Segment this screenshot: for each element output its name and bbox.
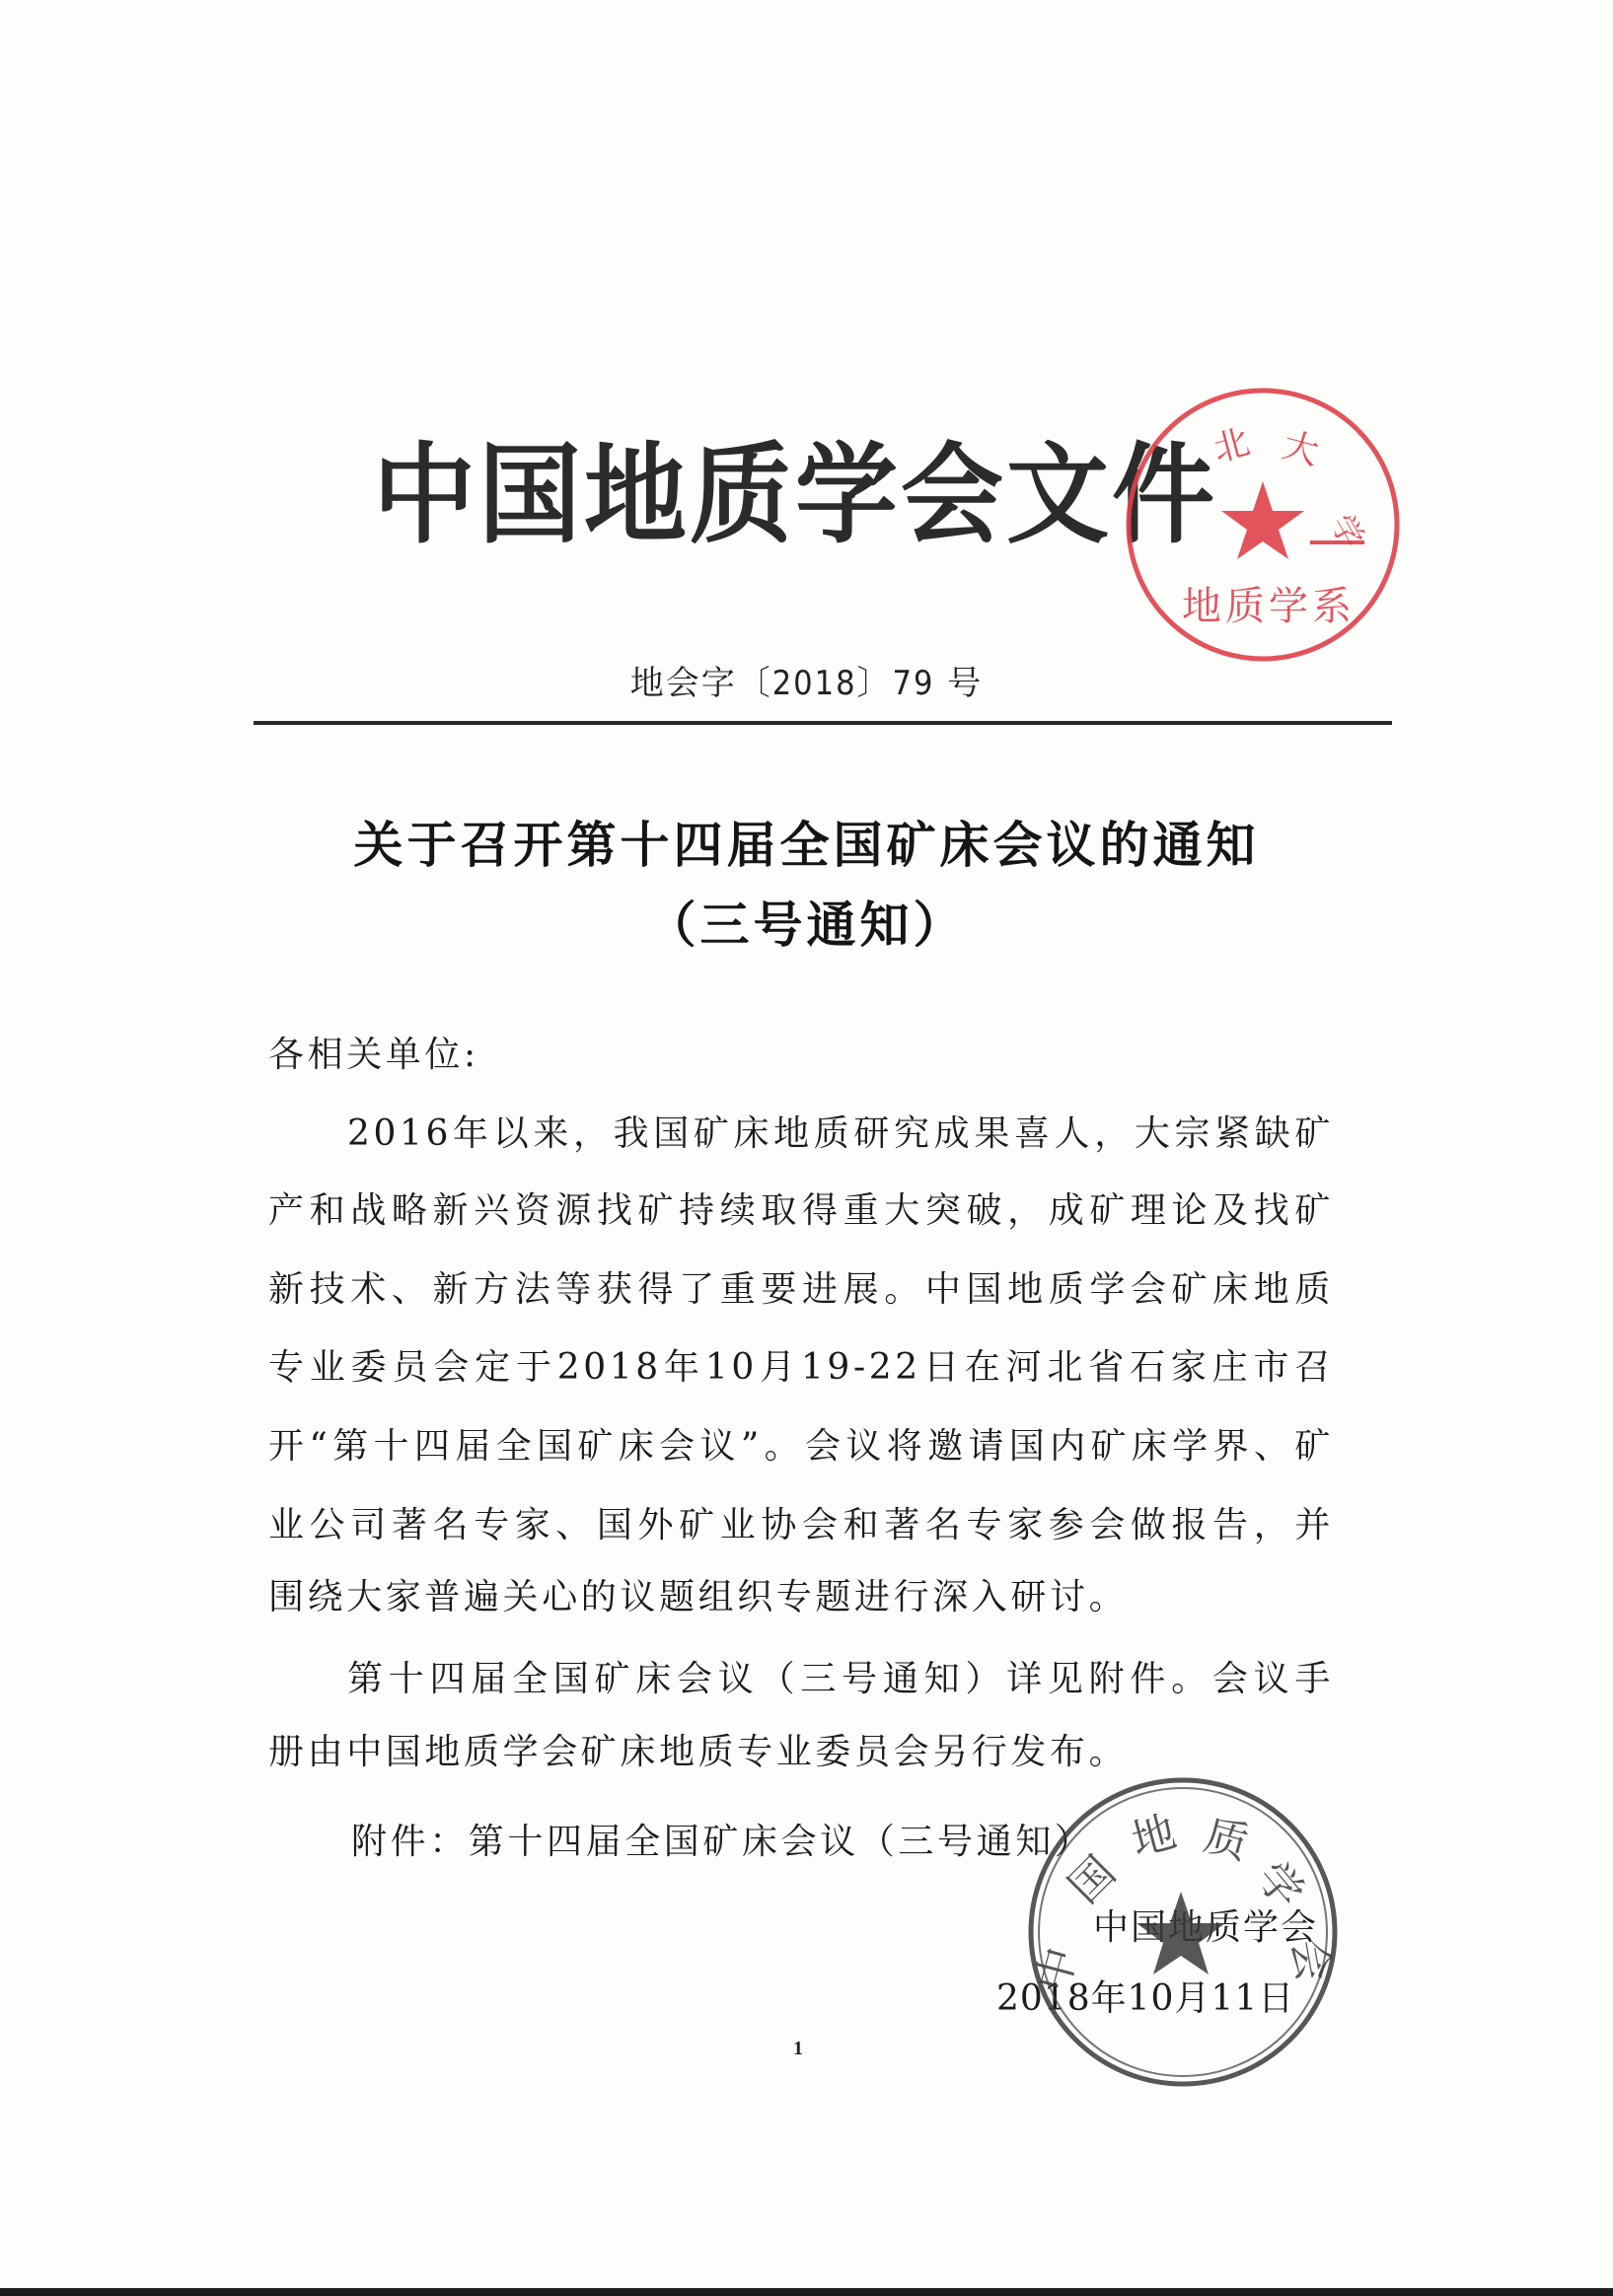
- body-line: 围绕大家普遍关心的议题组织专题进行深入研讨。: [268, 1573, 1334, 1622]
- svg-text:国: 国: [1060, 1847, 1126, 1913]
- body-line: 册由中国地质学会矿床地质专业委员会另行发布。: [268, 1728, 1334, 1777]
- body-line: 2016年以来，我国矿床地质研究成果喜人，大宗紧缺矿: [347, 1110, 1334, 1159]
- page-number: 1: [793, 2034, 803, 2063]
- society-seal-stamp: 中 国 地 质 学 会: [1026, 1775, 1340, 2089]
- body-line: 新技术、新方法等获得了重要进展。中国地质学会矿床地质: [268, 1265, 1334, 1315]
- letterhead-rule: [254, 721, 1392, 725]
- svg-text:地: 地: [1127, 1807, 1182, 1867]
- doc-number-year: 2018: [772, 664, 857, 703]
- body-line: 开“第十四届全国矿床会议”。会议将邀请国内矿床学界、矿: [268, 1422, 1334, 1471]
- body-line: 专业委员会定于2018年10月19-22日在河北省石家庄市召: [268, 1343, 1334, 1393]
- svg-text:学: 学: [1323, 508, 1371, 554]
- body-line: 产和战略新兴资源找矿持续取得重大突破，成矿理论及找矿: [268, 1186, 1334, 1236]
- svg-text:大: 大: [1279, 425, 1323, 473]
- svg-text:会: 会: [1282, 1934, 1339, 1985]
- department-seal-stamp: 北 大 学 地质学系: [1123, 385, 1403, 665]
- body-line: 业公司著名专家、国外矿业协会和著名专家参会做报告，并: [268, 1501, 1334, 1550]
- notice-title: 关于召开第十四届全国矿床会议的通知: [0, 816, 1613, 875]
- scan-edge-strip: [0, 2288, 1613, 2296]
- svg-text:质: 质: [1199, 1810, 1254, 1870]
- star-icon: [1221, 481, 1304, 559]
- body-line: 第十四届全国矿床会议（三号通知）详见附件。会议手: [347, 1655, 1334, 1704]
- salutation: 各相关单位:: [268, 1031, 479, 1080]
- doc-number-suffix: 号: [947, 664, 983, 703]
- svg-text:学: 学: [1247, 1852, 1313, 1917]
- letterhead-title: 中国地质学会文件: [373, 432, 1217, 557]
- svg-text:中: 中: [1027, 1942, 1087, 1997]
- notice-subtitle: （三号通知）: [0, 896, 1613, 955]
- svg-text:地质学系: 地质学系: [1182, 584, 1356, 629]
- doc-number-prefix: 地会字: [630, 664, 737, 703]
- svg-text:北: 北: [1210, 422, 1254, 470]
- doc-number-bracket-close: 〕: [857, 664, 893, 703]
- doc-number-num: 79: [893, 664, 935, 703]
- attachment-line: 附件：第十四届全国矿床会议（三号通知）: [351, 1818, 1093, 1867]
- star-icon: [1136, 1892, 1225, 1974]
- doc-number-bracket-open: 〔: [737, 664, 772, 703]
- document-number: 地会字〔2018〕79 号: [0, 664, 1613, 703]
